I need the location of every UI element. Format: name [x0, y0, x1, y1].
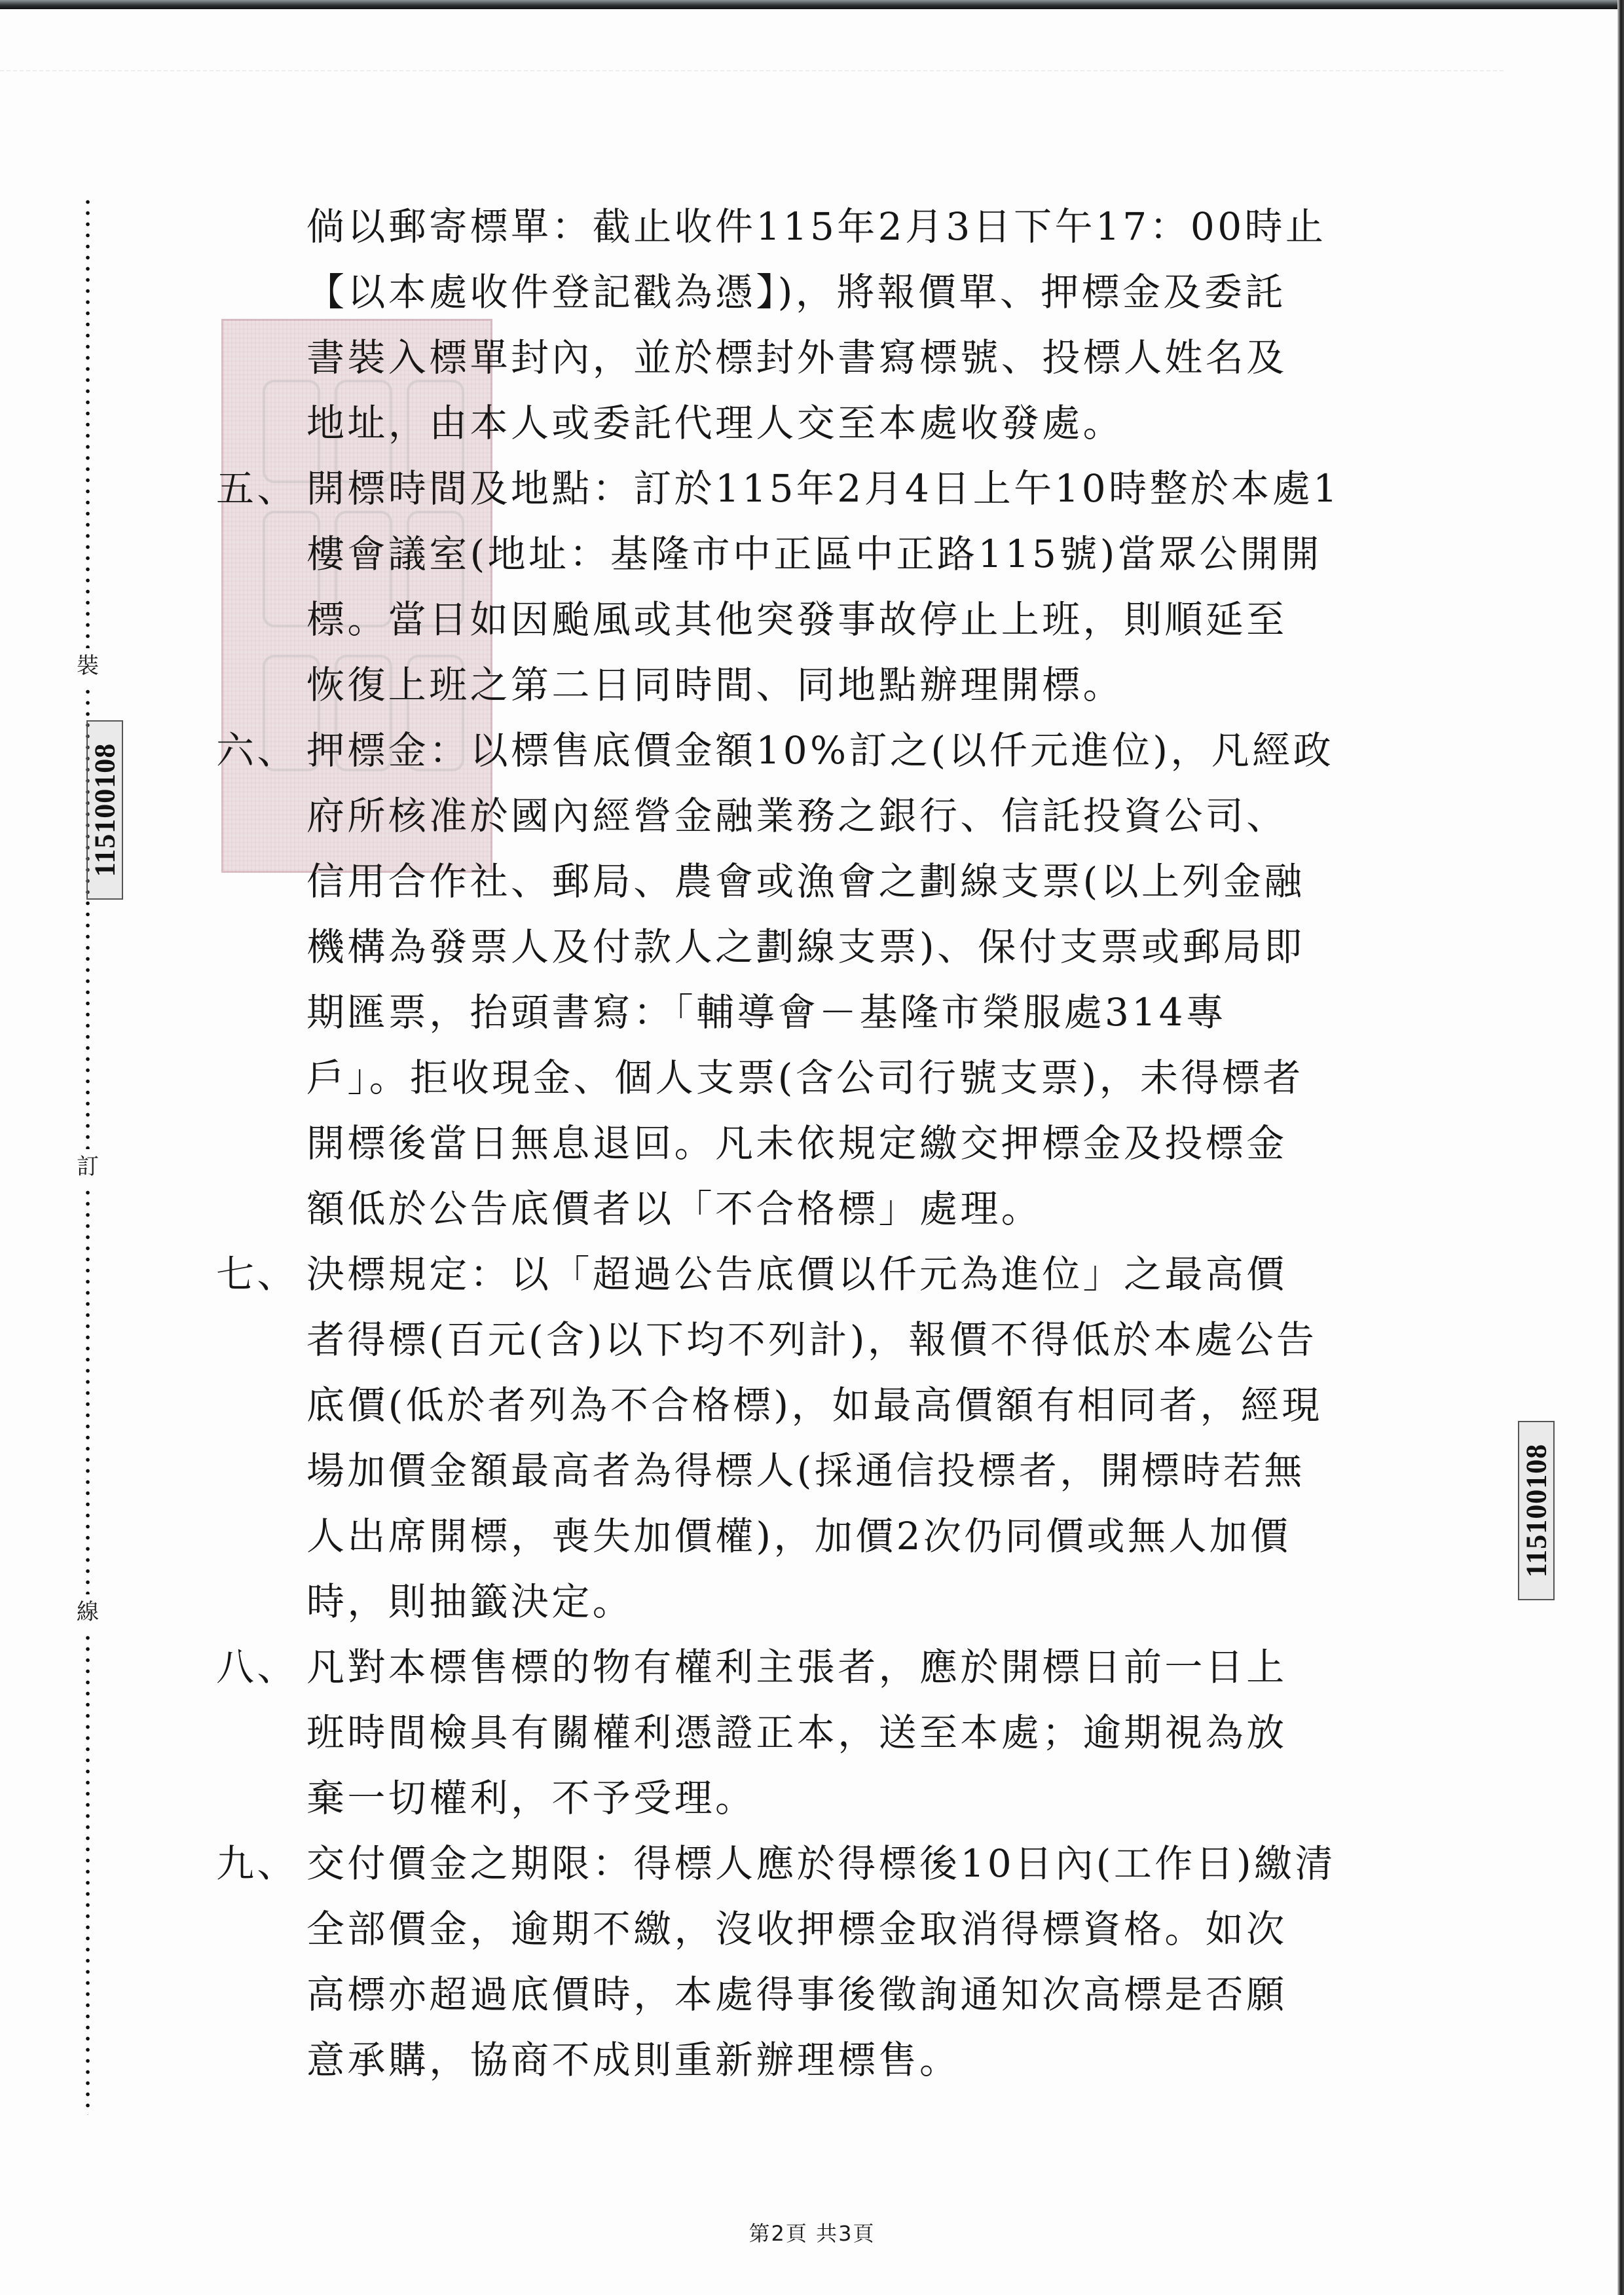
- document-body: 倘以郵寄標單：截止收件115年2月3日下午17：00時止 【以本處收件登記戳為憑…: [216, 194, 1428, 2093]
- binding-char-zhuang: 裝: [73, 648, 102, 684]
- text-line: 信用合作社、郵局、農會或漁會之劃線支票(以上列金融: [216, 849, 1428, 914]
- text-line: 凡對本標售標的物有權利主張者，應於開標日前一日上: [306, 1645, 1287, 1689]
- text-line: 機構為發票人及付款人之劃線支票)、保付支票或郵局即: [216, 914, 1428, 980]
- item-number: 五、: [216, 456, 306, 521]
- scan-edge-right: [1617, 0, 1624, 2295]
- text-line: 決標規定：以「超過公告底價以仟元為進位」之最高價: [306, 1252, 1287, 1296]
- text-line: 倘以郵寄標單：截止收件115年2月3日下午17：00時止: [216, 194, 1428, 259]
- item-8-rights-claims: 八、凡對本標售標的物有權利主張者，應於開標日前一日上 班時間檢具有關權利憑證正本…: [216, 1634, 1428, 1831]
- text-line: 書裝入標單封內，並於標封外書寫標號、投標人姓名及: [216, 325, 1428, 390]
- item-7-award-rules: 七、決標規定：以「超過公告底價以仟元為進位」之最高價 者得標(百元(含)以下均不…: [216, 1241, 1428, 1634]
- item-6-deposit: 六、押標金：以標售底價金額10%訂之(以仟元進位)，凡經政 府所核准於國內經營金…: [216, 718, 1428, 1241]
- text-line: 樓會議室(地址：基隆市中正區中正路115號)當眾公開開: [216, 521, 1428, 587]
- continuation-paragraph: 倘以郵寄標單：截止收件115年2月3日下午17：00時止 【以本處收件登記戳為憑…: [216, 194, 1428, 456]
- text-line: 地址，由本人或委託代理人交至本處收發處。: [216, 390, 1428, 456]
- text-line: 戶」。拒收現金、個人支票(含公司行號支票)，未得標者: [216, 1045, 1428, 1111]
- text-line: 開標後當日無息退回。凡未依規定繳交押標金及投標金: [216, 1111, 1428, 1176]
- text-line: 府所核准於國內經營金融業務之銀行、信託投資公司、: [216, 783, 1428, 849]
- text-line: 時，則抽籤決定。: [216, 1569, 1428, 1634]
- text-line: 額低於公告底價者以「不合格標」處理。: [216, 1176, 1428, 1241]
- text-line: 開標時間及地點：訂於115年2月4日上午10時整於本處1: [306, 466, 1340, 511]
- binding-char-xian: 線: [73, 1594, 102, 1630]
- text-line: 交付價金之期限：得標人應於得標後10日內(工作日)繳清: [306, 1841, 1336, 1886]
- item-9-payment-deadline: 九、交付價金之期限：得標人應於得標後10日內(工作日)繳清 全部價金，逾期不繳，…: [216, 1831, 1428, 2093]
- text-line: 恢復上班之第二日同時間、同地點辦理開標。: [216, 652, 1428, 718]
- text-line: 押標金：以標售底價金額10%訂之(以仟元進位)，凡經政: [306, 728, 1334, 773]
- item-number: 八、: [216, 1634, 306, 1700]
- item-number: 六、: [216, 718, 306, 783]
- text-line: 者得標(百元(含)以下均不列計)，報價不得低於本處公告: [216, 1307, 1428, 1372]
- text-line: 意承購，協商不成則重新辦理標售。: [216, 2027, 1428, 2093]
- scan-edge-top: [0, 0, 1624, 9]
- scan-artifact-line: [0, 70, 1506, 71]
- page-indicator: 第2頁 共3頁: [0, 2217, 1624, 2247]
- text-line: 班時間檢具有關權利憑證正本，送至本處；逾期視為放: [216, 1700, 1428, 1765]
- serial-number: 115100108: [88, 743, 122, 877]
- item-5-opening-time: 五、開標時間及地點：訂於115年2月4日上午10時整於本處1 樓會議室(地址：基…: [216, 456, 1428, 718]
- binding-char-ding: 訂: [73, 1149, 102, 1184]
- text-line: 【以本處收件登記戳為憑】)，將報價單、押標金及委託: [216, 259, 1428, 325]
- serial-number: 115100108: [1520, 1444, 1553, 1578]
- item-number: 九、: [216, 1831, 306, 1896]
- text-line: 底價(低於者列為不合格標)，如最高價額有相同者，經現: [216, 1372, 1428, 1438]
- binding-line: 裝 訂 線: [80, 196, 96, 2115]
- serial-number-stamp-right: 115100108: [1518, 1421, 1555, 1600]
- text-line: 全部價金，逾期不繳，沒收押標金取消得標資格。如次: [216, 1896, 1428, 1962]
- text-line: 場加價金額最高者為得標人(採通信投標者，開標時若無: [216, 1438, 1428, 1503]
- text-line: 棄一切權利，不予受理。: [216, 1765, 1428, 1831]
- serial-number-stamp-left: 115100108: [86, 720, 123, 900]
- item-number: 七、: [216, 1241, 306, 1307]
- text-line: 標。當日如因颱風或其他突發事故停止上班，則順延至: [216, 587, 1428, 652]
- text-line: 人出席開標，喪失加價權)，加價2次仍同價或無人加價: [216, 1503, 1428, 1569]
- text-line: 期匯票，抬頭書寫：「輔導會－基隆市榮服處314專: [216, 980, 1428, 1045]
- text-line: 高標亦超過底價時，本處得事後徵詢通知次高標是否願: [216, 1962, 1428, 2027]
